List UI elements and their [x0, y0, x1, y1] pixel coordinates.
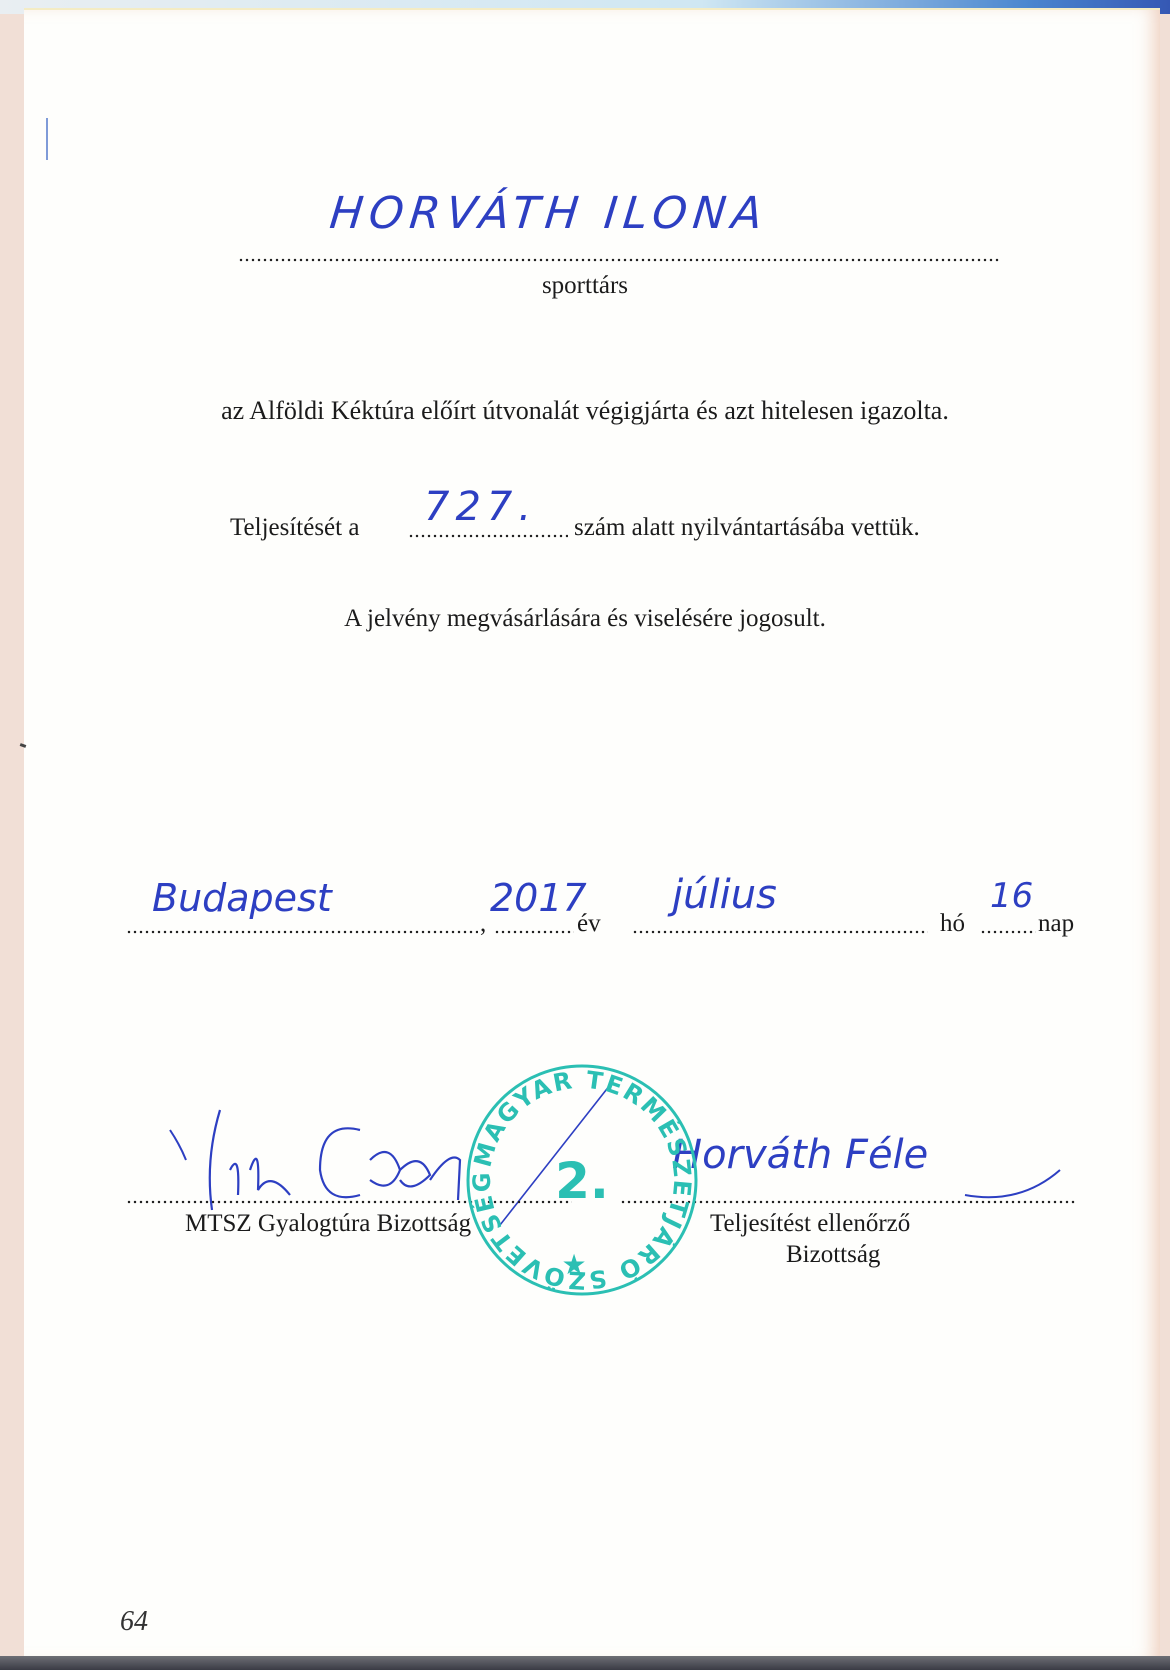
page-number: 64 [120, 1606, 148, 1638]
date-comma: , [480, 910, 486, 938]
handwritten-year: 2017 [490, 876, 587, 920]
handwritten-recipient-name: HORVÁTH ILONA [327, 188, 770, 239]
handwritten-day: 16 [990, 876, 1033, 916]
left-signature-label: MTSZ Gyalogtúra Bizottság [185, 1210, 471, 1238]
month-label: hó [940, 910, 965, 938]
scan-speck [20, 743, 27, 748]
place-dotted-line [126, 930, 478, 934]
margin-mark [46, 118, 48, 160]
official-stamp: MAGYAR TERMÉSZETJÁRÓ SZÖVETSÉG 2. ★ [462, 1060, 702, 1300]
stamp-star-icon: ★ [561, 1248, 586, 1281]
completion-statement: az Alföldi Kéktúra előírt útvonalát végi… [0, 396, 1170, 426]
registration-dotted-line [408, 534, 568, 538]
day-label: nap [1038, 910, 1074, 938]
recipient-label: sporttárs [0, 272, 1170, 300]
year-dotted-line [494, 930, 574, 934]
handwritten-right-signature: Horváth Féle [672, 1132, 928, 1178]
scan-bottom-edge [0, 1656, 1170, 1670]
right-signature-label-line2: Bizottság [786, 1241, 880, 1269]
year-label: év [577, 910, 601, 938]
month-dotted-line [632, 930, 928, 934]
handwritten-month: július [672, 872, 777, 918]
handwritten-registration-number: 727. [424, 484, 537, 530]
document-page [24, 8, 1160, 1660]
right-signature-label-line1: Teljesítést ellenőrző [710, 1210, 910, 1238]
registration-prefix: Teljesítését a [230, 514, 359, 542]
recipient-dotted-line [238, 258, 1000, 262]
day-dotted-line [980, 930, 1036, 934]
entitlement-text: A jelvény megvásárlására és viselésére j… [0, 605, 1170, 633]
handwritten-place: Budapest [152, 876, 332, 920]
registration-suffix: szám alatt nyilvántartásába vettük. [574, 514, 920, 542]
stamp-center-number: 2. [555, 1152, 609, 1210]
